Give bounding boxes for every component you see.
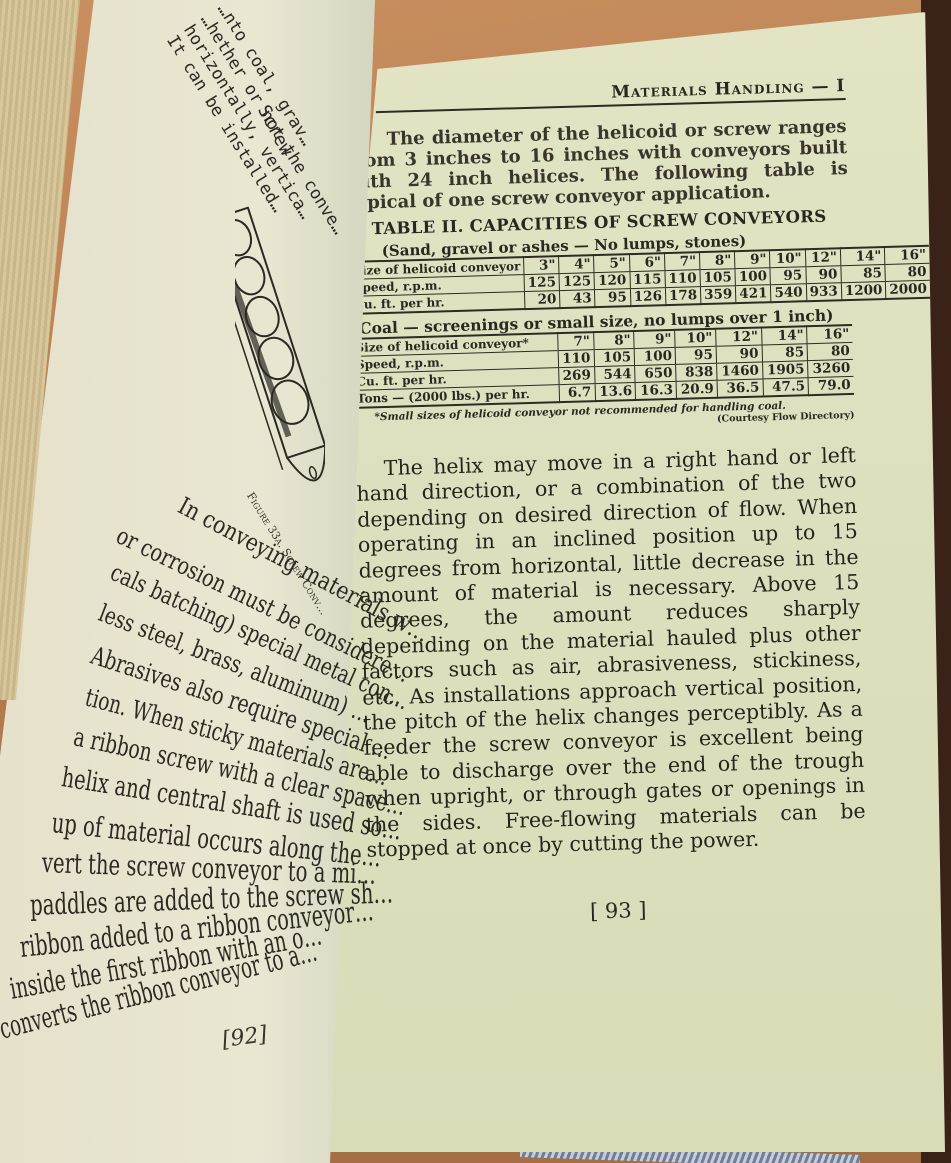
table-cell: 9" [634, 330, 675, 349]
table-cell: 6" [629, 253, 665, 271]
table-cell: 13.6 [595, 383, 636, 402]
table-cell: 47.5 [763, 378, 809, 397]
table-cell: 9" [735, 250, 771, 268]
table-cell: 20.9 [676, 380, 717, 399]
table-cell: 14" [840, 247, 885, 266]
intro-paragraph: The diameter of the helicoid or screw ra… [346, 116, 848, 214]
table-cell: 80 [807, 342, 853, 360]
table-cell: 1905 [762, 361, 808, 379]
table-cell: 8" [593, 331, 634, 350]
table-cell: 125 [559, 273, 595, 291]
table-cell: 269 [558, 367, 594, 385]
table-cell: 90 [716, 345, 762, 363]
table-cell: 3260 [808, 359, 854, 377]
table-cell: 1460 [717, 362, 763, 380]
table-cell: 105 [594, 349, 635, 367]
table-cell: 5" [594, 254, 630, 272]
page-number-left: [92] [220, 1022, 268, 1053]
row-label: Cu. ft. per hr. [351, 292, 525, 314]
table-cell: 838 [676, 363, 717, 381]
table-cell: 359 [700, 286, 736, 304]
page-number-right: [ 93 ] [368, 891, 868, 929]
table-cell: 2000 [886, 280, 931, 299]
table-cell: 80 [885, 263, 930, 281]
table-cell: 95 [595, 289, 631, 307]
table-cell: 79.0 [808, 376, 854, 395]
table-cell: 36.5 [717, 379, 763, 398]
table-cell: 100 [735, 268, 771, 286]
table-cell: 14" [761, 326, 807, 345]
table-cell: 115 [630, 271, 666, 289]
table-cell: 540 [771, 284, 807, 302]
table-cell: 10" [770, 249, 806, 267]
table-cell: 110 [665, 270, 701, 288]
table-cell: 125 [524, 274, 560, 292]
table-cell: 933 [806, 283, 842, 301]
table-cell: 16.3 [635, 381, 676, 400]
body-paragraph: The helix may move in a right hand or le… [356, 443, 867, 863]
table-cell: 7" [664, 252, 700, 270]
table-cell: 110 [558, 350, 594, 368]
right-page-content: Materials Handling — I The diameter of t… [345, 66, 872, 1040]
table-cell: 12" [716, 327, 762, 346]
table-cell: 3" [524, 256, 560, 274]
table-cell: 126 [630, 288, 666, 306]
table-cell: 16" [807, 325, 853, 344]
left-page-body: In conveying materials w… or corrosion m… [0, 0, 340, 1163]
table-cell: 95 [675, 346, 716, 364]
table-cell: 95 [770, 267, 806, 285]
table-cell: 12" [805, 248, 841, 266]
table-cell: 1200 [841, 281, 886, 300]
table-cell: 120 [594, 272, 630, 290]
capacity-table-coal: Size of helicoid conveyor*7"8"9"10"12"14… [352, 324, 854, 409]
table-cell: 8" [699, 251, 735, 269]
table-cell: 10" [675, 329, 716, 348]
table-cell: 100 [634, 347, 675, 365]
table-cell: 7" [557, 332, 593, 350]
table-cell: 105 [700, 269, 736, 287]
table-cell: 85 [762, 344, 808, 362]
table-cell: 16" [885, 246, 930, 265]
table-cell: 6.7 [559, 384, 595, 402]
table-cell: 421 [736, 285, 772, 303]
table-cell: 85 [841, 264, 886, 282]
table-cell: 4" [559, 255, 595, 273]
table-cell: 650 [635, 364, 676, 382]
table-cell: 544 [594, 366, 635, 384]
table-cell: 43 [560, 290, 596, 308]
table-cell: 178 [665, 287, 701, 305]
table-cell: 20 [525, 291, 561, 309]
table-cell: 90 [805, 266, 841, 284]
